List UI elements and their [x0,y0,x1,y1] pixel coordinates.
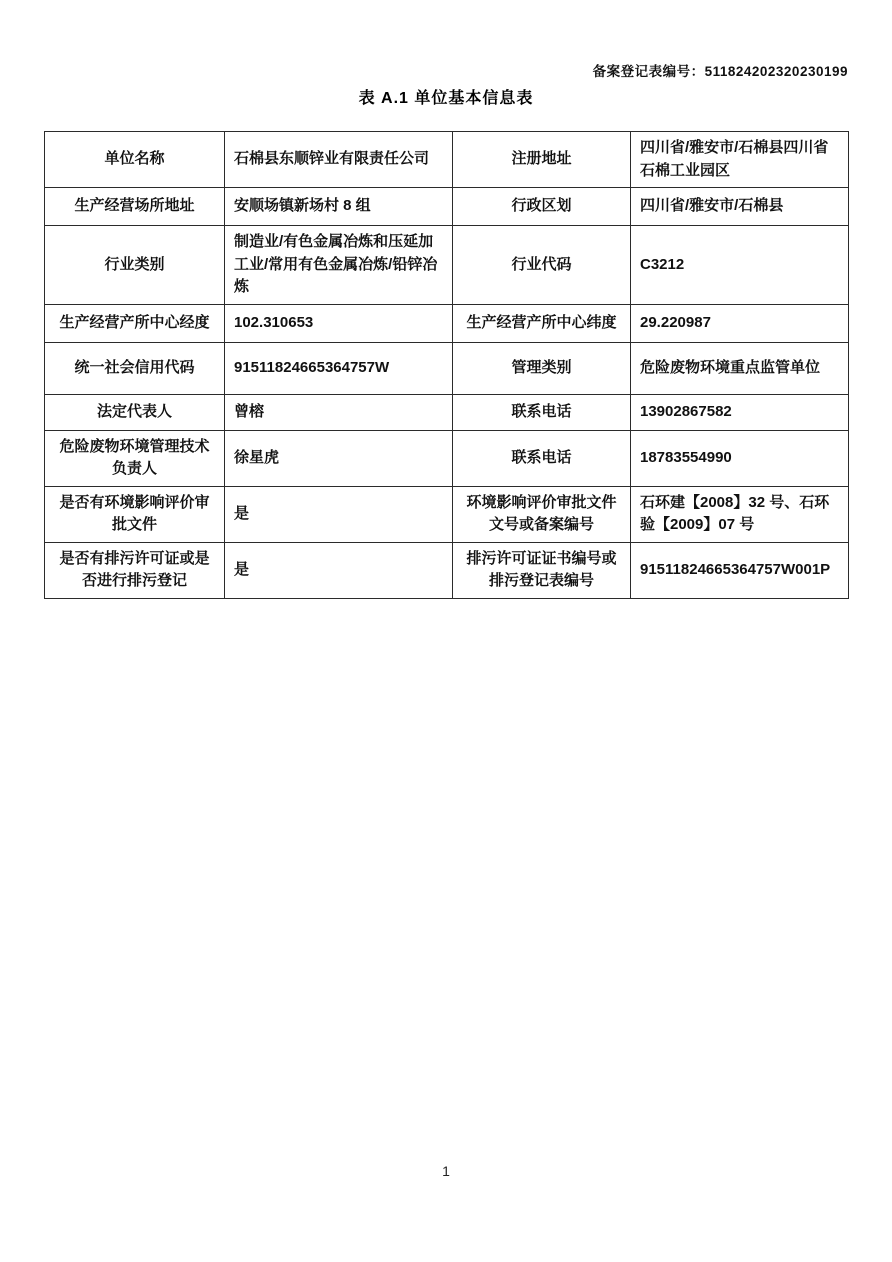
cell-value: 18783554990 [631,430,849,486]
cell-value: 102.310653 [225,304,453,342]
row-label: 是否有环境影响评价审批文件 [45,486,225,542]
table-row: 法定代表人 曾榕 联系电话 13902867582 [45,394,849,430]
row-label: 是否有排污许可证或是否进行排污登记 [45,542,225,598]
row-label: 生产经营场所地址 [45,188,225,226]
table-row: 单位名称 石棉县东顺锌业有限责任公司 注册地址 四川省/雅安市/石棉县四川省石棉… [45,132,849,188]
page-number: 1 [0,1163,892,1179]
table-row: 生产经营场所地址 安顺场镇新场村 8 组 行政区划 四川省/雅安市/石棉县 [45,188,849,226]
cell-value: 安顺场镇新场村 8 组 [225,188,453,226]
table-row: 行业类别 制造业/有色金属冶炼和压延加工业/常用有色金属冶炼/铅锌冶炼 行业代码… [45,226,849,305]
cell-value: 13902867582 [631,394,849,430]
document-page: 备案登记表编号：511824202320230199 表 A.1 单位基本信息表… [0,0,892,1262]
cell-value: 制造业/有色金属冶炼和压延加工业/常用有色金属冶炼/铅锌冶炼 [225,226,453,305]
row-label: 法定代表人 [45,394,225,430]
row-label: 生产经营产所中心纬度 [453,304,631,342]
row-label: 注册地址 [453,132,631,188]
row-label: 单位名称 [45,132,225,188]
row-label: 行业代码 [453,226,631,305]
row-label: 管理类别 [453,342,631,394]
table-row: 生产经营产所中心经度 102.310653 生产经营产所中心纬度 29.2209… [45,304,849,342]
row-label: 行政区划 [453,188,631,226]
row-label: 联系电话 [453,430,631,486]
cell-value: 是 [225,542,453,598]
cell-value: 四川省/雅安市/石棉县 [631,188,849,226]
cell-value: 91511824665364757W [225,342,453,394]
table-row: 危险废物环境管理技术负责人 徐星虎 联系电话 18783554990 [45,430,849,486]
unit-info-table: 单位名称 石棉县东顺锌业有限责任公司 注册地址 四川省/雅安市/石棉县四川省石棉… [44,131,849,599]
table-row: 统一社会信用代码 91511824665364757W 管理类别 危险废物环境重… [45,342,849,394]
table-row: 是否有排污许可证或是否进行排污登记 是 排污许可证证书编号或排污登记表编号 91… [45,542,849,598]
cell-value: 四川省/雅安市/石棉县四川省石棉工业园区 [631,132,849,188]
cell-value: 是 [225,486,453,542]
cell-value: C3212 [631,226,849,305]
table-title: 表 A.1 单位基本信息表 [0,85,892,108]
row-label: 危险废物环境管理技术负责人 [45,430,225,486]
row-label: 统一社会信用代码 [45,342,225,394]
cell-value: 危险废物环境重点监管单位 [631,342,849,394]
row-label: 生产经营产所中心经度 [45,304,225,342]
registration-number: 备案登记表编号：511824202320230199 [593,60,848,80]
row-label: 排污许可证证书编号或排污登记表编号 [453,542,631,598]
cell-value: 石棉县东顺锌业有限责任公司 [225,132,453,188]
cell-value: 91511824665364757W001P [631,542,849,598]
cell-value: 徐星虎 [225,430,453,486]
row-label: 环境影响评价审批文件文号或备案编号 [453,486,631,542]
table-row: 是否有环境影响评价审批文件 是 环境影响评价审批文件文号或备案编号 石环建【20… [45,486,849,542]
cell-value: 29.220987 [631,304,849,342]
cell-value: 曾榕 [225,394,453,430]
cell-value: 石环建【2008】32 号、石环验【2009】07 号 [631,486,849,542]
row-label: 行业类别 [45,226,225,305]
row-label: 联系电话 [453,394,631,430]
